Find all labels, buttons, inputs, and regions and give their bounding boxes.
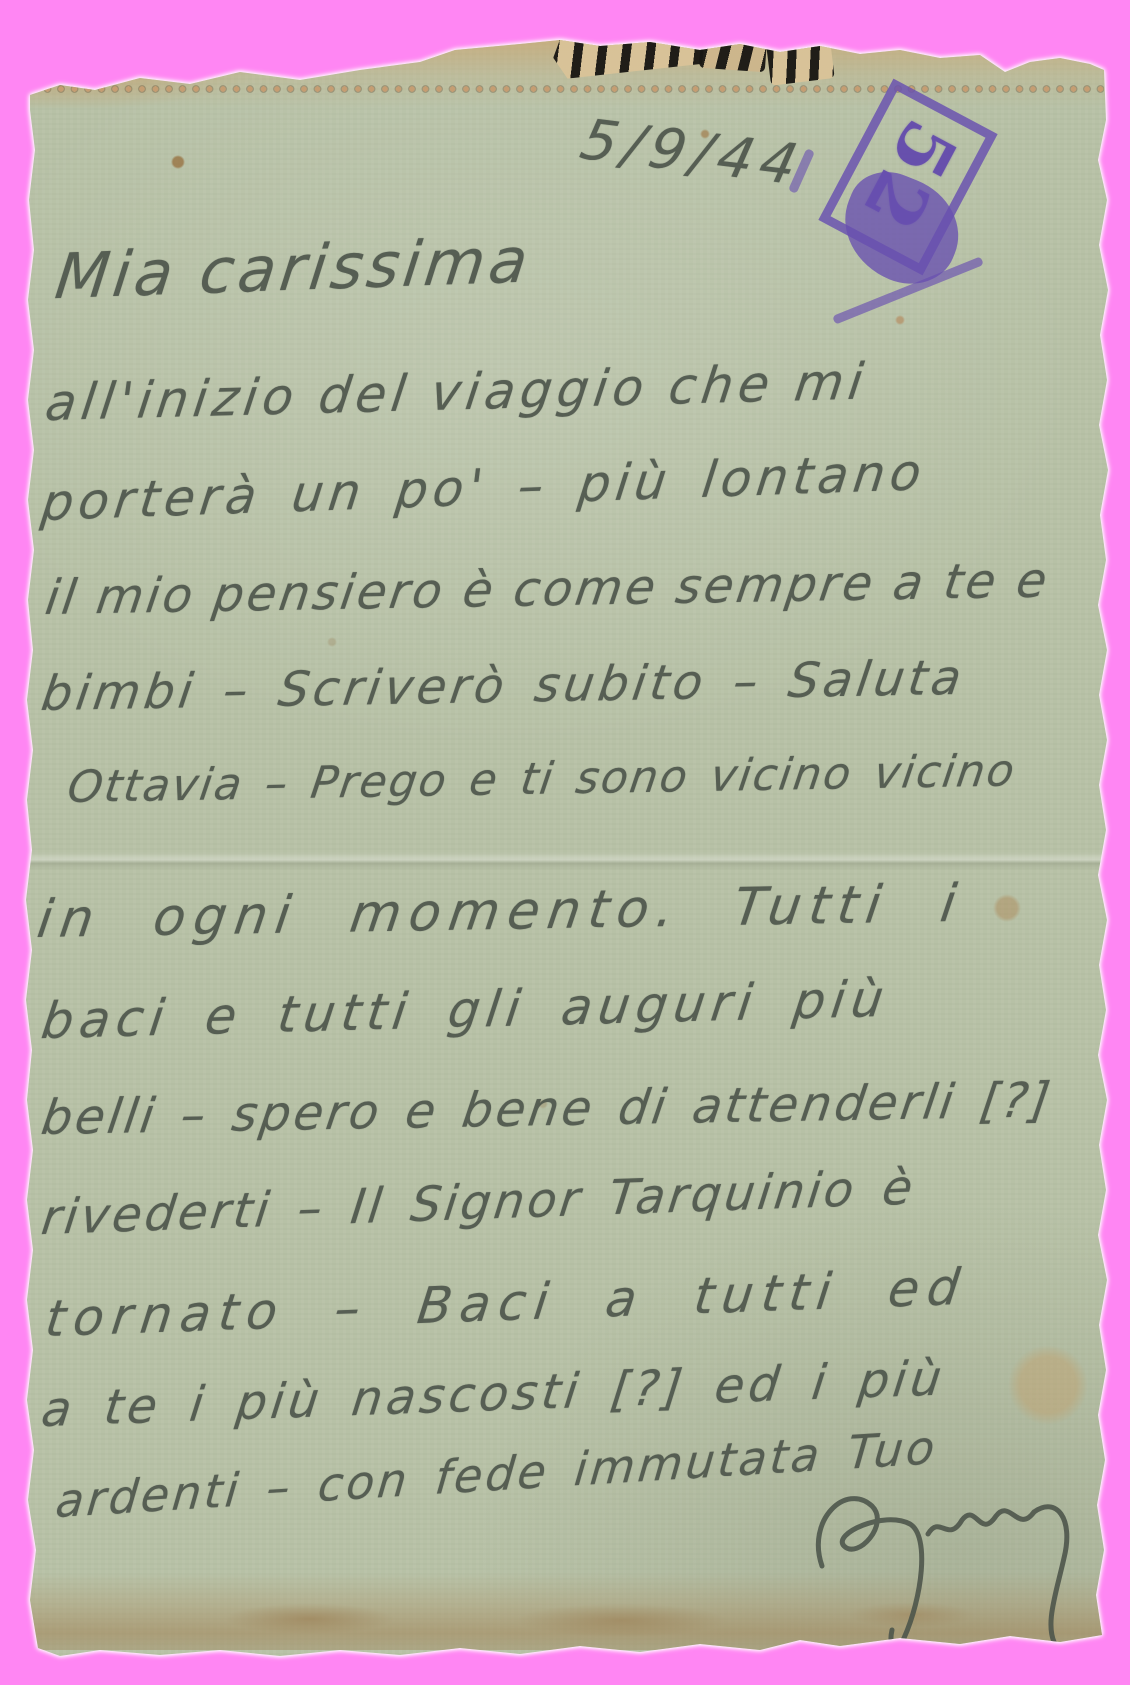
handwritten-line: Mia carissima [52,229,535,308]
paper-halo: 5/9/44 52 Mia carissima all'inizio del v… [0,0,1130,1685]
scanned-letter-page: 5/9/44 52 Mia carissima all'inizio del v… [0,0,1130,1685]
handwritten-line: in ogni momento. Tutti i [34,878,967,946]
signature [788,1448,1098,1663]
letter-card-paper: 5/9/44 52 Mia carissima all'inizio del v… [0,0,1130,1685]
